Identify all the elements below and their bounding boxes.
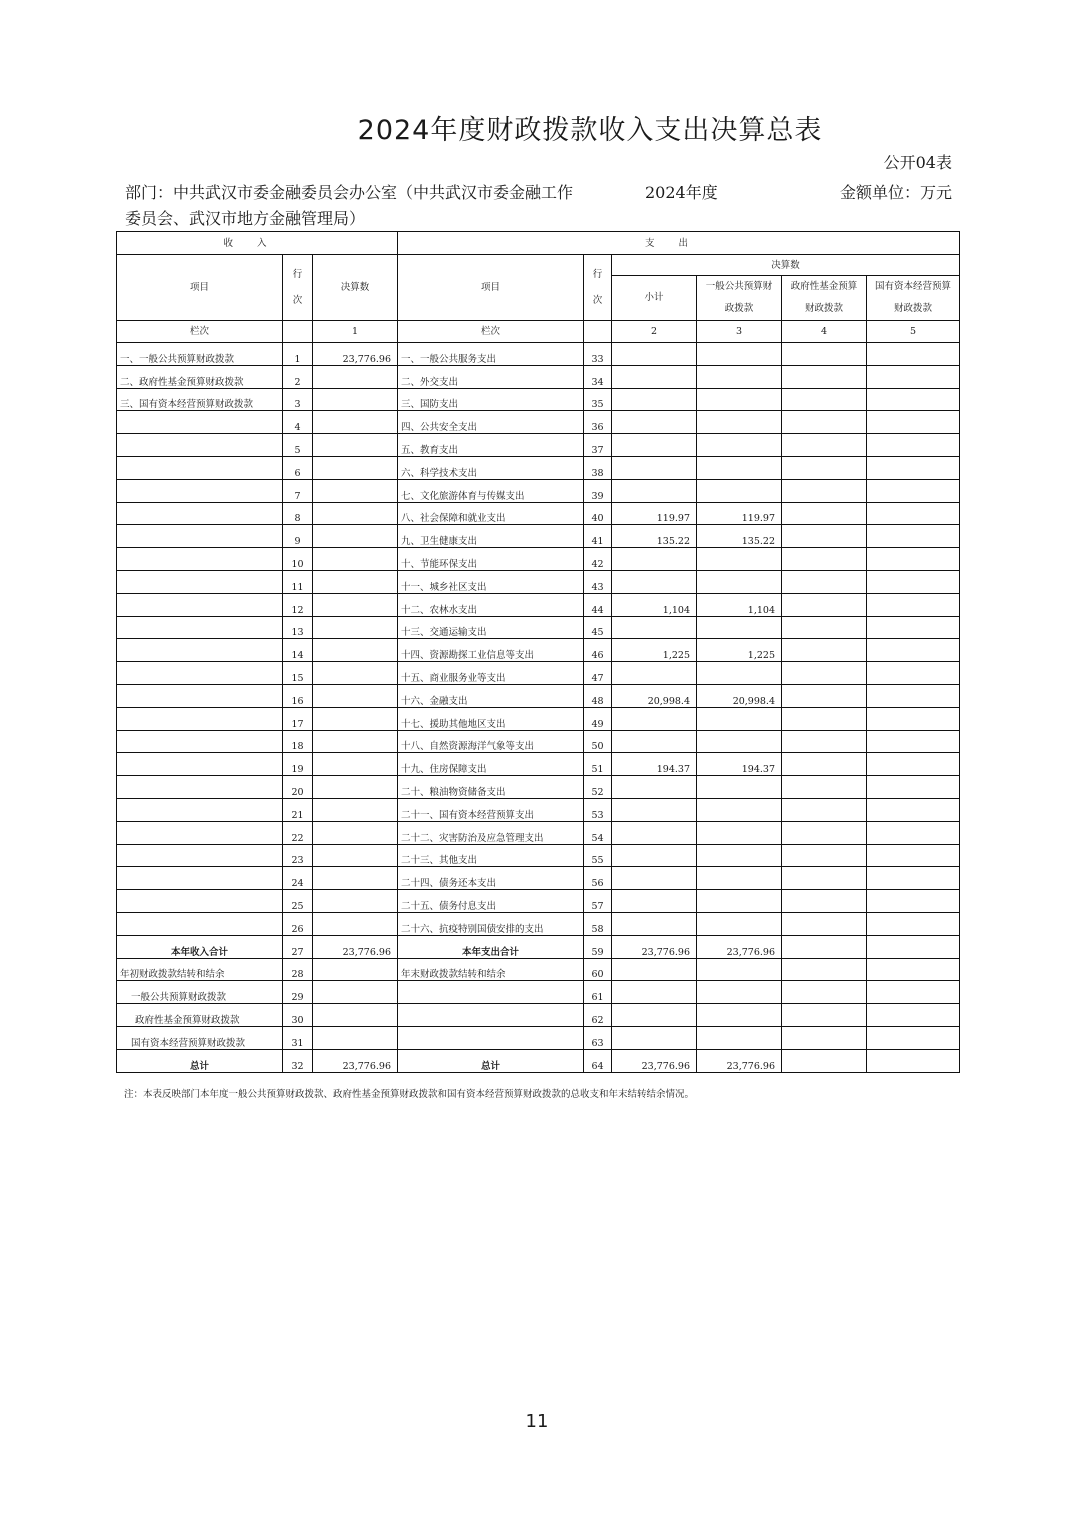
expense-general-budget: 1,104 — [697, 593, 782, 616]
table-row: 13十三、交通运输支出45 — [117, 616, 960, 639]
table-row: 14十四、资源勘探工业信息等支出461,2251,225 — [117, 639, 960, 662]
income-item — [117, 639, 283, 662]
table-row: 12十二、农林水支出441,1041,104 — [117, 593, 960, 616]
expense-state-capital — [867, 570, 960, 593]
expense-general-budget — [697, 388, 782, 411]
income-amount — [313, 525, 398, 548]
expense-item: 本年支出合计 — [398, 935, 584, 958]
fiscal-year: 2024年度 — [645, 180, 718, 203]
income-line-no: 8 — [283, 502, 313, 525]
expense-item: 十七、援助其他地区支出 — [398, 707, 584, 730]
expense-fund-budget — [782, 365, 867, 388]
expense-general-budget: 23,776.96 — [697, 935, 782, 958]
income-item — [117, 434, 283, 457]
expense-state-capital — [867, 958, 960, 981]
expense-item: 三、国防支出 — [398, 388, 584, 411]
expense-fund-budget — [782, 593, 867, 616]
lanci-label: 栏次 — [117, 321, 283, 343]
table-row: 6六、科学技术支出38 — [117, 456, 960, 479]
expense-state-capital — [867, 776, 960, 799]
expense-fund-budget — [782, 1004, 867, 1027]
expense-line-no: 64 — [584, 1049, 612, 1072]
expense-general-budget — [697, 411, 782, 434]
expense-fund-budget — [782, 935, 867, 958]
expense-fund-budget — [782, 502, 867, 525]
expense-item: 二十一、国有资本经营预算支出 — [398, 798, 584, 821]
expense-fund-budget — [782, 821, 867, 844]
expense-item: 二十五、债务付息支出 — [398, 890, 584, 913]
table-row: 5五、教育支出37 — [117, 434, 960, 457]
table-row: 三、国有资本经营预算财政拨款3三、国防支出35 — [117, 388, 960, 411]
income-item — [117, 730, 283, 753]
income-line-header: 行次 — [283, 255, 313, 321]
table-row: 20二十、粮油物资储备支出52 — [117, 776, 960, 799]
income-amount — [313, 548, 398, 571]
expense-general-budget: 20,998.4 — [697, 684, 782, 707]
table-row: 24二十四、债务还本支出56 — [117, 867, 960, 890]
expense-state-capital — [867, 525, 960, 548]
expense-line-no: 44 — [584, 593, 612, 616]
page-number: 11 — [0, 1411, 1074, 1432]
expense-fund-budget — [782, 867, 867, 890]
income-amount — [313, 616, 398, 639]
expense-item-header: 项目 — [398, 255, 584, 321]
expense-item: 十九、住房保障支出 — [398, 753, 584, 776]
expense-state-capital — [867, 502, 960, 525]
expense-fund-budget — [782, 707, 867, 730]
expense-state-capital — [867, 662, 960, 685]
income-line-no: 15 — [283, 662, 313, 685]
table-row: 23二十三、其他支出55 — [117, 844, 960, 867]
expense-fund-budget — [782, 434, 867, 457]
income-amount — [313, 365, 398, 388]
final-amount-header: 决算数 — [612, 255, 960, 276]
expense-state-capital — [867, 867, 960, 890]
income-amount: 23,776.96 — [313, 343, 398, 366]
income-amount — [313, 434, 398, 457]
expense-general-budget — [697, 730, 782, 753]
expense-state-capital — [867, 684, 960, 707]
expense-general-budget: 135.22 — [697, 525, 782, 548]
expense-fund-budget — [782, 616, 867, 639]
expense-subtotal — [612, 821, 697, 844]
expense-item: 总计 — [398, 1049, 584, 1072]
income-line-no: 27 — [283, 935, 313, 958]
income-item — [117, 479, 283, 502]
income-header: 收入 — [117, 232, 398, 255]
expense-state-capital — [867, 639, 960, 662]
col-index-3: 3 — [697, 321, 782, 343]
expense-line-no: 46 — [584, 639, 612, 662]
income-item: 国有资本经营预算财政拨款 — [117, 1026, 283, 1049]
table-row: 26二十六、抗疫特别国债安排的支出58 — [117, 912, 960, 935]
expense-fund-budget — [782, 343, 867, 366]
fund-budget-header: 政府性基金预算财政拨款 — [782, 276, 867, 321]
expense-general-budget — [697, 890, 782, 913]
expense-subtotal — [612, 707, 697, 730]
expense-state-capital — [867, 730, 960, 753]
expense-line-no: 41 — [584, 525, 612, 548]
table-row: 二、政府性基金预算财政拨款2二、外交支出34 — [117, 365, 960, 388]
income-amount: 23,776.96 — [313, 1049, 398, 1072]
expense-header: 支出 — [398, 232, 960, 255]
income-item — [117, 411, 283, 434]
expense-subtotal: 23,776.96 — [612, 935, 697, 958]
table-row: 10十、节能环保支出42 — [117, 548, 960, 571]
expense-line-no: 58 — [584, 912, 612, 935]
expense-subtotal: 194.37 — [612, 753, 697, 776]
expense-item: 二十四、债务还本支出 — [398, 867, 584, 890]
income-amount — [313, 684, 398, 707]
expense-line-no: 62 — [584, 1004, 612, 1027]
income-line-no: 2 — [283, 365, 313, 388]
expense-line-no: 38 — [584, 456, 612, 479]
income-amount — [313, 570, 398, 593]
expense-subtotal — [612, 388, 697, 411]
income-line-no: 24 — [283, 867, 313, 890]
expense-fund-budget — [782, 411, 867, 434]
expense-state-capital — [867, 1049, 960, 1072]
income-line-no: 3 — [283, 388, 313, 411]
expense-fund-budget — [782, 525, 867, 548]
income-amount — [313, 593, 398, 616]
expense-general-budget — [697, 821, 782, 844]
income-amount — [313, 753, 398, 776]
table-row: 22二十二、灾害防治及应急管理支出54 — [117, 821, 960, 844]
table-row: 15十五、商业服务业等支出47 — [117, 662, 960, 685]
income-item — [117, 502, 283, 525]
income-amount — [313, 798, 398, 821]
expense-line-no: 57 — [584, 890, 612, 913]
expense-state-capital — [867, 844, 960, 867]
table-row: 25二十五、债务付息支出57 — [117, 890, 960, 913]
income-amount — [313, 1026, 398, 1049]
income-amount — [313, 776, 398, 799]
expense-fund-budget — [782, 1049, 867, 1072]
expense-subtotal — [612, 662, 697, 685]
table-row: 17十七、援助其他地区支出49 — [117, 707, 960, 730]
income-item: 政府性基金预算财政拨款 — [117, 1004, 283, 1027]
department: 部门：中共武汉市委金融委员会办公室（中共武汉市委金融工作委员会、武汉市地方金融管… — [125, 180, 585, 232]
expense-general-budget — [697, 958, 782, 981]
income-amount — [313, 890, 398, 913]
income-amount — [313, 1004, 398, 1027]
income-amount-header: 决算数 — [313, 255, 398, 321]
income-line-no: 13 — [283, 616, 313, 639]
income-amount — [313, 388, 398, 411]
expense-subtotal — [612, 343, 697, 366]
expense-fund-budget — [782, 844, 867, 867]
expense-subtotal: 1,225 — [612, 639, 697, 662]
expense-fund-budget — [782, 981, 867, 1004]
income-amount — [313, 821, 398, 844]
expense-fund-budget — [782, 684, 867, 707]
expense-subtotal: 20,998.4 — [612, 684, 697, 707]
expense-state-capital — [867, 707, 960, 730]
income-line-no: 28 — [283, 958, 313, 981]
expense-item: 十六、金融支出 — [398, 684, 584, 707]
expense-general-budget: 1,225 — [697, 639, 782, 662]
expense-general-budget: 119.97 — [697, 502, 782, 525]
income-line-no: 6 — [283, 456, 313, 479]
income-amount — [313, 912, 398, 935]
expense-subtotal: 119.97 — [612, 502, 697, 525]
expense-state-capital — [867, 912, 960, 935]
income-amount — [313, 730, 398, 753]
expense-subtotal: 1,104 — [612, 593, 697, 616]
expense-item: 十五、商业服务业等支出 — [398, 662, 584, 685]
expense-general-budget — [697, 1004, 782, 1027]
expense-state-capital — [867, 388, 960, 411]
expense-fund-budget — [782, 753, 867, 776]
table-note: 注：本表反映部门本年度一般公共预算财政拨款、政府性基金预算财政拨款和国有资本经营… — [124, 1086, 694, 1100]
col-index-1: 1 — [313, 321, 398, 343]
expense-fund-budget — [782, 388, 867, 411]
table-row: 16十六、金融支出4820,998.420,998.4 — [117, 684, 960, 707]
form-number: 公开04表 — [884, 150, 952, 173]
income-item — [117, 867, 283, 890]
expense-state-capital — [867, 365, 960, 388]
income-line-no: 16 — [283, 684, 313, 707]
income-amount — [313, 662, 398, 685]
income-line-no: 10 — [283, 548, 313, 571]
income-item — [117, 776, 283, 799]
expense-item: 二十三、其他支出 — [398, 844, 584, 867]
income-line-no: 17 — [283, 707, 313, 730]
income-amount — [313, 639, 398, 662]
expense-line-no: 56 — [584, 867, 612, 890]
expense-fund-budget — [782, 548, 867, 571]
income-item — [117, 662, 283, 685]
expense-general-budget — [697, 1026, 782, 1049]
income-item — [117, 912, 283, 935]
table-row: 7七、文化旅游体育与传媒支出39 — [117, 479, 960, 502]
expense-item: 十一、城乡社区支出 — [398, 570, 584, 593]
expense-line-no: 34 — [584, 365, 612, 388]
table-row: 8八、社会保障和就业支出40119.97119.97 — [117, 502, 960, 525]
expense-item: 一、一般公共服务支出 — [398, 343, 584, 366]
expense-state-capital — [867, 479, 960, 502]
expense-line-no: 35 — [584, 388, 612, 411]
expense-item: 十三、交通运输支出 — [398, 616, 584, 639]
expense-subtotal: 135.22 — [612, 525, 697, 548]
income-amount — [313, 958, 398, 981]
page-title: 2024年度财政拨款收入支出决算总表 — [0, 108, 1074, 147]
income-line-no: 31 — [283, 1026, 313, 1049]
expense-item: 十二、农林水支出 — [398, 593, 584, 616]
income-line-no: 5 — [283, 434, 313, 457]
expense-subtotal — [612, 867, 697, 890]
income-line-no: 7 — [283, 479, 313, 502]
income-item — [117, 684, 283, 707]
expense-line-no: 59 — [584, 935, 612, 958]
expense-item: 六、科学技术支出 — [398, 456, 584, 479]
expense-general-budget — [697, 707, 782, 730]
amount-unit: 金额单位：万元 — [840, 180, 952, 203]
expense-item — [398, 1026, 584, 1049]
expense-item — [398, 1004, 584, 1027]
expense-item: 八、社会保障和就业支出 — [398, 502, 584, 525]
income-item — [117, 890, 283, 913]
expense-line-no: 43 — [584, 570, 612, 593]
income-amount — [313, 456, 398, 479]
expense-state-capital — [867, 798, 960, 821]
expense-line-no: 61 — [584, 981, 612, 1004]
expense-general-budget — [697, 798, 782, 821]
expense-state-capital — [867, 593, 960, 616]
expense-line-no: 53 — [584, 798, 612, 821]
income-line-no: 14 — [283, 639, 313, 662]
expense-general-budget — [697, 776, 782, 799]
expense-item: 十四、资源勘探工业信息等支出 — [398, 639, 584, 662]
expense-subtotal — [612, 616, 697, 639]
table-row: 19十九、住房保障支出51194.37194.37 — [117, 753, 960, 776]
expense-subtotal — [612, 479, 697, 502]
expense-subtotal — [612, 776, 697, 799]
expense-state-capital — [867, 434, 960, 457]
expense-subtotal — [612, 981, 697, 1004]
expense-item: 二十、粮油物资储备支出 — [398, 776, 584, 799]
income-line-no: 20 — [283, 776, 313, 799]
expense-state-capital — [867, 890, 960, 913]
expense-line-no: 60 — [584, 958, 612, 981]
expense-fund-budget — [782, 1026, 867, 1049]
expense-state-capital — [867, 935, 960, 958]
income-line-no: 32 — [283, 1049, 313, 1072]
expense-line-no: 39 — [584, 479, 612, 502]
expense-subtotal — [612, 434, 697, 457]
expense-subtotal — [612, 798, 697, 821]
expense-line-no: 51 — [584, 753, 612, 776]
expense-line-no: 52 — [584, 776, 612, 799]
income-line-no: 25 — [283, 890, 313, 913]
income-line-no: 29 — [283, 981, 313, 1004]
income-item: 二、政府性基金预算财政拨款 — [117, 365, 283, 388]
expense-fund-budget — [782, 730, 867, 753]
expense-line-no: 63 — [584, 1026, 612, 1049]
income-line-no: 18 — [283, 730, 313, 753]
income-item — [117, 798, 283, 821]
expense-fund-budget — [782, 798, 867, 821]
income-line-no: 1 — [283, 343, 313, 366]
lanci-label: 栏次 — [398, 321, 584, 343]
table-row: 一、一般公共预算财政拨款123,776.96一、一般公共服务支出33 — [117, 343, 960, 366]
expense-general-budget — [697, 548, 782, 571]
table-row: 本年收入合计2723,776.96本年支出合计5923,776.9623,776… — [117, 935, 960, 958]
expense-line-no: 49 — [584, 707, 612, 730]
expense-item: 五、教育支出 — [398, 434, 584, 457]
expense-line-no: 55 — [584, 844, 612, 867]
expense-state-capital — [867, 753, 960, 776]
income-line-no: 19 — [283, 753, 313, 776]
expense-general-budget — [697, 365, 782, 388]
income-item — [117, 753, 283, 776]
expense-general-budget — [697, 570, 782, 593]
expense-item — [398, 981, 584, 1004]
expense-general-budget — [697, 479, 782, 502]
expense-line-no: 37 — [584, 434, 612, 457]
expense-general-budget — [697, 867, 782, 890]
expense-general-budget — [697, 343, 782, 366]
income-line-no: 9 — [283, 525, 313, 548]
table-row: 国有资本经营预算财政拨款3163 — [117, 1026, 960, 1049]
expense-fund-budget — [782, 890, 867, 913]
expense-state-capital — [867, 456, 960, 479]
expense-subtotal — [612, 411, 697, 434]
col-index-4: 4 — [782, 321, 867, 343]
expense-subtotal — [612, 730, 697, 753]
income-amount — [313, 479, 398, 502]
income-item — [117, 525, 283, 548]
expense-subtotal — [612, 912, 697, 935]
expense-state-capital — [867, 821, 960, 844]
expense-general-budget — [697, 912, 782, 935]
col-index-2: 2 — [612, 321, 697, 343]
expense-fund-budget — [782, 776, 867, 799]
expense-line-no: 42 — [584, 548, 612, 571]
expense-item: 四、公共安全支出 — [398, 411, 584, 434]
income-item — [117, 844, 283, 867]
col-index-5: 5 — [867, 321, 960, 343]
expense-state-capital — [867, 1026, 960, 1049]
income-item: 一般公共预算财政拨款 — [117, 981, 283, 1004]
table-row: 21二十一、国有资本经营预算支出53 — [117, 798, 960, 821]
income-item — [117, 456, 283, 479]
income-item — [117, 707, 283, 730]
expense-fund-budget — [782, 456, 867, 479]
expense-subtotal — [612, 365, 697, 388]
income-line-no: 22 — [283, 821, 313, 844]
subtotal-header: 小计 — [612, 276, 697, 321]
expense-fund-budget — [782, 570, 867, 593]
expense-subtotal — [612, 844, 697, 867]
income-item — [117, 548, 283, 571]
income-item: 年初财政拨款结转和结余 — [117, 958, 283, 981]
expense-line-no: 48 — [584, 684, 612, 707]
expense-line-no: 47 — [584, 662, 612, 685]
general-budget-header: 一般公共预算财政拨款 — [697, 276, 782, 321]
income-line-no: 11 — [283, 570, 313, 593]
income-item-header: 项目 — [117, 255, 283, 321]
expense-general-budget: 194.37 — [697, 753, 782, 776]
expense-line-no: 50 — [584, 730, 612, 753]
expense-item: 九、卫生健康支出 — [398, 525, 584, 548]
expense-subtotal — [612, 570, 697, 593]
expense-general-budget — [697, 434, 782, 457]
expense-fund-budget — [782, 662, 867, 685]
expense-item: 二、外交支出 — [398, 365, 584, 388]
table-row: 4四、公共安全支出36 — [117, 411, 960, 434]
expense-general-budget — [697, 616, 782, 639]
expense-general-budget — [697, 844, 782, 867]
expense-line-no: 36 — [584, 411, 612, 434]
income-line-no: 23 — [283, 844, 313, 867]
income-item: 一、一般公共预算财政拨款 — [117, 343, 283, 366]
expense-subtotal — [612, 548, 697, 571]
expense-general-budget: 23,776.96 — [697, 1049, 782, 1072]
expense-subtotal — [612, 1004, 697, 1027]
expense-line-header: 行次 — [584, 255, 612, 321]
income-item: 本年收入合计 — [117, 935, 283, 958]
income-item: 三、国有资本经营预算财政拨款 — [117, 388, 283, 411]
expense-state-capital — [867, 1004, 960, 1027]
expense-general-budget — [697, 662, 782, 685]
expense-general-budget — [697, 456, 782, 479]
income-item — [117, 821, 283, 844]
table-row: 年初财政拨款结转和结余28年末财政拨款结转和结余60 — [117, 958, 960, 981]
expense-state-capital — [867, 411, 960, 434]
expense-subtotal — [612, 1026, 697, 1049]
